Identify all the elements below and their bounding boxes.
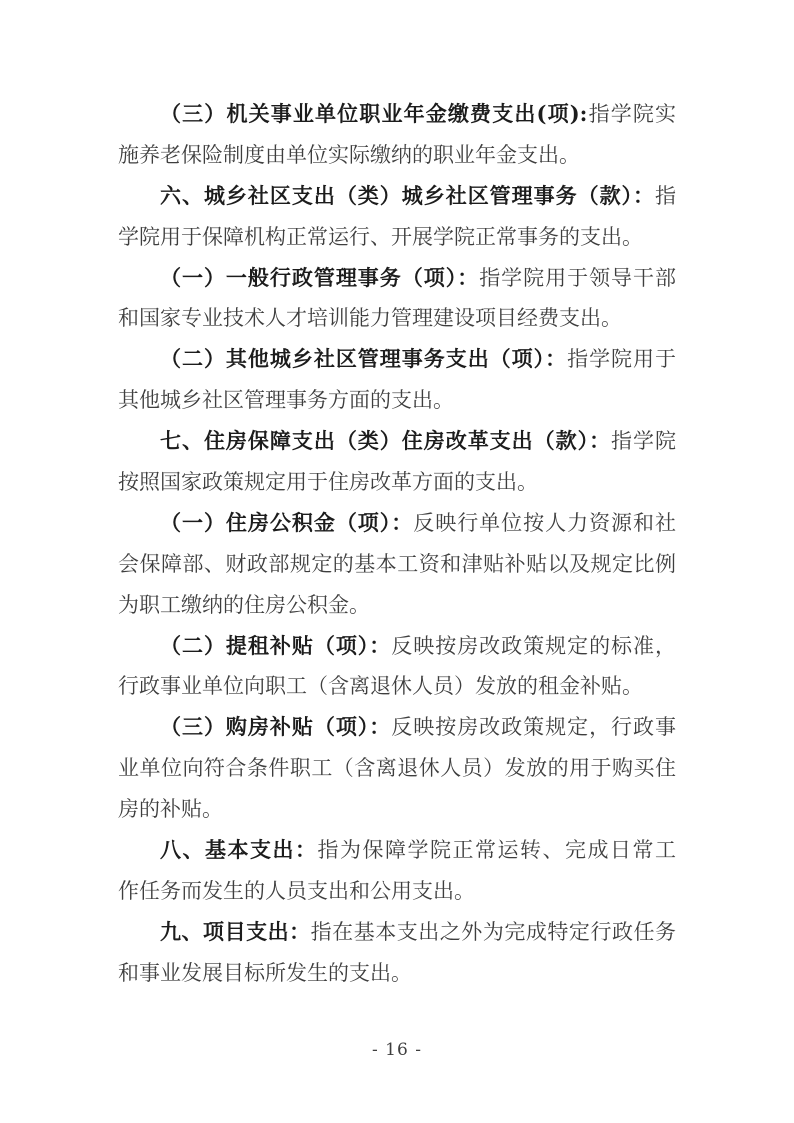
paragraph-line: （二）提租补贴（项）：反映按房改政策规定的标准， (118, 626, 676, 667)
paragraph-heading-text: （三）购房补贴（项）： (160, 714, 391, 739)
paragraph-line: 作任务而发生的人员支出和公用支出。 (118, 871, 676, 912)
paragraph-body-text: 其他城乡社区管理事务方面的支出。 (118, 388, 454, 412)
paragraph: 六、城乡社区支出（类）城乡社区管理事务（款）：指学院用于保障机构正常运行、开展学… (118, 176, 676, 258)
paragraph-line: 八、基本支出：指为保障学院正常运转、完成日常工 (118, 830, 676, 871)
paragraph-heading-text: 八、基本支出： (160, 837, 318, 862)
paragraph-heading-text: 九、项目支出： (160, 919, 311, 944)
paragraph-line: 九、项目支出：指在基本支出之外为完成特定行政任务 (118, 912, 676, 953)
paragraph: （三）购房补贴（项）：反映按房改政策规定，行政事业单位向符合条件职工（含离退休人… (118, 707, 676, 830)
paragraph: （三）机关事业单位职业年金缴费支出(项):指学院实施养老保险制度由单位实际缴纳的… (118, 94, 676, 176)
paragraph-line: 按照国家政策规定用于住房改革方面的支出。 (118, 462, 676, 503)
paragraph-body-text: 反映按房改政策规定的标准， (391, 634, 676, 658)
paragraph-body-text: 作任务而发生的人员支出和公用支出。 (118, 879, 475, 903)
paragraph-body-text: 指学院实 (587, 102, 676, 126)
paragraph-line: 和国家专业技术人才培训能力管理建设项目经费支出。 (118, 298, 676, 339)
paragraph: （二）提租补贴（项）：反映按房改政策规定的标准，行政事业单位向职工（含离退休人员… (118, 626, 676, 708)
paragraph-body-text: 和事业发展目标所发生的支出。 (118, 961, 412, 985)
paragraph-body-text: 会保障部、财政部规定的基本工资和津贴补贴以及规定比例 (118, 552, 676, 576)
paragraph: （二）其他城乡社区管理事务支出（项）：指学院用于其他城乡社区管理事务方面的支出。 (118, 339, 676, 421)
paragraph-body-text: 房的补贴。 (118, 797, 223, 821)
paragraph-body-text: 指学院用于领导干部 (479, 266, 676, 290)
paragraph-line: 七、住房保障支出（类）住房改革支出（款）：指学院 (118, 421, 676, 462)
paragraph: 七、住房保障支出（类）住房改革支出（款）：指学院按照国家政策规定用于住房改革方面… (118, 421, 676, 503)
paragraph-heading-text: （二）提租补贴（项）： (160, 633, 391, 658)
paragraph-body-text: 指 (655, 184, 676, 208)
paragraph-line: 为职工缴纳的住房公积金。 (118, 585, 676, 626)
paragraph: 八、基本支出：指为保障学院正常运转、完成日常工作任务而发生的人员支出和公用支出。 (118, 830, 676, 912)
paragraph-line: 和事业发展目标所发生的支出。 (118, 953, 676, 994)
document-page: （三）机关事业单位职业年金缴费支出(项):指学院实施养老保险制度由单位实际缴纳的… (0, 0, 794, 1123)
paragraph: （一）住房公积金（项）：反映行单位按人力资源和社会保障部、财政部规定的基本工资和… (118, 503, 676, 626)
paragraph-body-text: 为职工缴纳的住房公积金。 (118, 593, 370, 617)
paragraph-heading-text: （一）一般行政管理事务（项）： (160, 265, 479, 290)
paragraph-line: （一）住房公积金（项）：反映行单位按人力资源和社 (118, 503, 676, 544)
paragraph-body-text: 行政事业单位向职工（含离退休人员）发放的租金补贴。 (118, 674, 643, 698)
paragraph-body-text: 反映按房改政策规定，行政事 (391, 715, 676, 739)
paragraph-line: 六、城乡社区支出（类）城乡社区管理事务（款）：指 (118, 176, 676, 217)
paragraph-body-text: 和国家专业技术人才培训能力管理建设项目经费支出。 (118, 306, 622, 330)
paragraph-line: 业单位向符合条件职工（含离退休人员）发放的用于购买住 (118, 748, 676, 789)
paragraph-heading-text: 六、城乡社区支出（类）城乡社区管理事务（款）： (160, 183, 655, 208)
paragraph-line: 其他城乡社区管理事务方面的支出。 (118, 380, 676, 421)
paragraph-body-text: 指在基本支出之外为完成特定行政任务 (311, 920, 676, 944)
paragraph: （一）一般行政管理事务（项）：指学院用于领导干部和国家专业技术人才培训能力管理建… (118, 258, 676, 340)
paragraph: 九、项目支出：指在基本支出之外为完成特定行政任务和事业发展目标所发生的支出。 (118, 912, 676, 994)
paragraph-body-text: 指学院 (611, 429, 676, 453)
paragraph-line: （三）购房补贴（项）：反映按房改政策规定，行政事 (118, 707, 676, 748)
paragraph-line: （一）一般行政管理事务（项）：指学院用于领导干部 (118, 258, 676, 299)
paragraph-body-text: 业单位向符合条件职工（含离退休人员）发放的用于购买住 (118, 756, 676, 780)
paragraph-body-text: 学院用于保障机构正常运行、开展学院正常事务的支出。 (118, 225, 643, 249)
paragraph-line: 施养老保险制度由单位实际缴纳的职业年金支出。 (118, 135, 676, 176)
document-body: （三）机关事业单位职业年金缴费支出(项):指学院实施养老保险制度由单位实际缴纳的… (118, 94, 676, 994)
paragraph-body-text: 反映行单位按人力资源和社 (413, 511, 676, 535)
paragraph-body-text: 指学院用于 (567, 347, 676, 371)
paragraph-line: 行政事业单位向职工（含离退休人员）发放的租金补贴。 (118, 666, 676, 707)
paragraph-heading-text: （一）住房公积金（项）： (160, 510, 413, 535)
paragraph-heading-text: （三）机关事业单位职业年金缴费支出(项): (160, 101, 587, 126)
paragraph-line: 会保障部、财政部规定的基本工资和津贴补贴以及规定比例 (118, 544, 676, 585)
paragraph-heading-text: （二）其他城乡社区管理事务支出（项）： (160, 346, 567, 371)
paragraph-body-text: 指为保障学院正常运转、完成日常工 (318, 838, 677, 862)
page-number: - 16 - (0, 1040, 794, 1060)
paragraph-line: （二）其他城乡社区管理事务支出（项）：指学院用于 (118, 339, 676, 380)
paragraph-line: 房的补贴。 (118, 789, 676, 830)
paragraph-heading-text: 七、住房保障支出（类）住房改革支出（款）： (160, 428, 611, 453)
paragraph-body-text: 施养老保险制度由单位实际缴纳的职业年金支出。 (118, 143, 580, 167)
paragraph-line: （三）机关事业单位职业年金缴费支出(项):指学院实 (118, 94, 676, 135)
paragraph-body-text: 按照国家政策规定用于住房改革方面的支出。 (118, 470, 538, 494)
paragraph-line: 学院用于保障机构正常运行、开展学院正常事务的支出。 (118, 217, 676, 258)
